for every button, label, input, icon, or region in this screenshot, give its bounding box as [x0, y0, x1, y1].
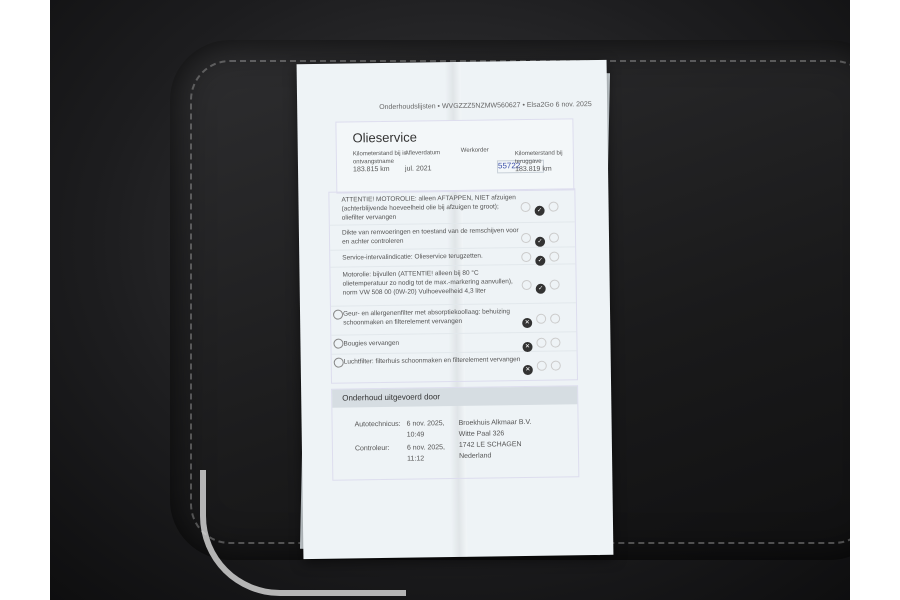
task-item: Motorolie: bijvullen (ATTENTIE! alleen b… — [330, 264, 576, 306]
status-done-icon: ✓ — [522, 279, 566, 290]
part-icon — [333, 310, 343, 320]
document-header: Onderhoudslijsten • WVGZZZ5NZMW560627 • … — [379, 101, 592, 111]
service-document: Onderhoudslijsten • WVGZZZ5NZMW560627 • … — [297, 60, 614, 559]
service-card: Olieservice Kilometerstand bij in ontvan… — [335, 118, 574, 193]
right-border — [850, 0, 900, 600]
task-item: Luchtfilter: filterhuis schoonmaken en f… — [332, 351, 577, 381]
status-done-icon: ✓ — [521, 232, 565, 243]
status-not-done-icon: ✕ — [522, 337, 566, 348]
maintenance-title: Onderhoud uitgevoerd door — [332, 386, 577, 407]
service-title: Olieservice — [352, 130, 417, 146]
task-item: Dikte van remvoeringen en toestand van d… — [330, 222, 575, 250]
status-not-done-icon: ✕ — [523, 360, 567, 371]
task-item: ATTENTIE! MOTOROLIE: alleen AFTAPPEN, NI… — [329, 189, 574, 225]
part-icon — [333, 339, 343, 349]
field-km-out: Kilometerstand bij teruggave 183.819 km — [515, 149, 570, 174]
controller-label: Controleur: — [355, 443, 390, 454]
status-done-icon: ✓ — [521, 251, 565, 262]
controller-date: 6 nov. 2025, 11:12 — [407, 442, 445, 465]
task-item: Geur- en allergenenfilter met absorptiek… — [331, 303, 576, 335]
dealer-address: Broekhuis Alkmaar B.V. Witte Paal 326 17… — [459, 417, 532, 462]
left-border — [0, 0, 50, 600]
technician-label: Autotechnicus: — [355, 419, 401, 431]
maintenance-section: Onderhoud uitgevoerd door Autotechnicus:… — [331, 385, 579, 480]
field-delivery-date: Afleverdatum jul. 2021 — [405, 149, 460, 174]
field-workorder-label: Werkorder — [461, 147, 489, 155]
technician-date: 6 nov. 2025, 10:49 — [407, 418, 445, 441]
status-done-icon: ✓ — [521, 201, 565, 212]
status-not-done-icon: ✕ — [522, 313, 566, 324]
part-icon — [334, 358, 344, 368]
task-list: ATTENTIE! MOTOROLIE: alleen AFTAPPEN, NI… — [328, 188, 578, 383]
